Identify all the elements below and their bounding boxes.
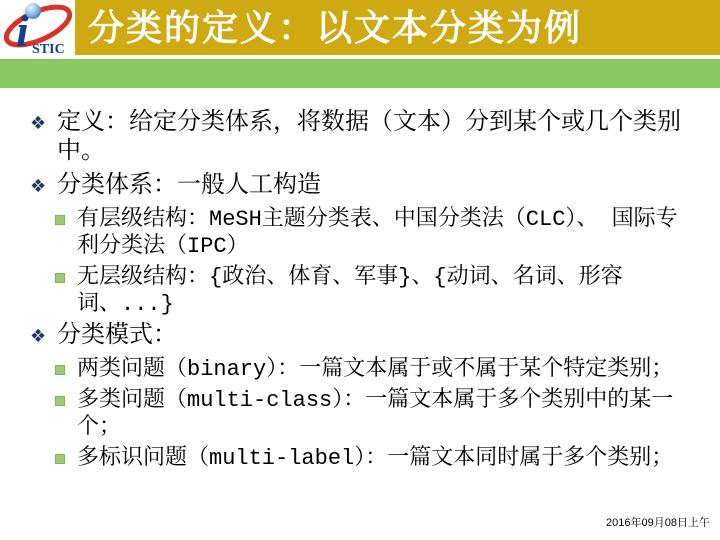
logo-stic-text: STIC (32, 42, 65, 55)
green-square-bullet-icon (55, 387, 77, 406)
bullet-item-level1: ❖ 定义：给定分类体系，将数据（文本）分到某个或几个类别中。 (0, 109, 720, 167)
green-divider-band (0, 59, 720, 88)
green-square-bullet-icon (55, 445, 77, 464)
diamond-bullet-icon: ❖ (30, 322, 57, 351)
bullet-text: 定义：给定分类体系，将数据（文本）分到某个或几个类别中。 (57, 109, 694, 167)
istic-logo-graphic: i STIC (0, 0, 75, 55)
bullet-item-level2: 多类问题（multi-class）：一篇文本属于多个类别中的某一个； (0, 387, 720, 441)
title-band: 分类的定义：以文本分类为例 (75, 0, 720, 55)
diamond-bullet-icon: ❖ (30, 109, 57, 138)
bullet-item-level2: 两类问题（binary）：一篇文本属于或不属于某个特定类别； (0, 356, 720, 383)
istic-logo-icon: i STIC (0, 0, 75, 55)
bullet-item-level2: 多标识问题（multi-label）：一篇文本同时属于多个类别； (0, 445, 720, 472)
bullet-item-level1: ❖ 分类体系：一般人工构造 (0, 172, 720, 201)
slide-date: 2016年09月08日上午 (606, 514, 710, 530)
bullet-text: 多标识问题（multi-label）：一篇文本同时属于多个类别； (77, 445, 694, 472)
bullet-text: 分类体系：一般人工构造 (57, 172, 694, 201)
bullet-text: 两类问题（binary）：一篇文本属于或不属于某个特定类别； (77, 356, 694, 383)
bullet-text: 多类问题（multi-class）：一篇文本属于多个类别中的某一个； (77, 387, 694, 441)
bullet-text: 分类模式： (57, 322, 694, 351)
bullet-text: 有层级结构：MeSH主题分类表、中国分类法（CLC）、 国际专利分类法（IPC） (77, 206, 694, 260)
diamond-bullet-icon: ❖ (30, 172, 57, 201)
green-square-bullet-icon (55, 264, 77, 283)
slide-header: i STIC 分类的定义：以文本分类为例 (0, 0, 720, 55)
presentation-slide: i STIC 分类的定义：以文本分类为例 ❖ 定义：给定分类体系，将数据（文本）… (0, 0, 720, 540)
slide-body: ❖ 定义：给定分类体系，将数据（文本）分到某个或几个类别中。 ❖ 分类体系：一般… (0, 89, 720, 476)
bullet-text: 无层级结构：{政治、体育、军事}、{动词、名词、形容词、...} (77, 264, 694, 318)
bullet-item-level2: 有层级结构：MeSH主题分类表、中国分类法（CLC）、 国际专利分类法（IPC） (0, 206, 720, 260)
bullet-item-level2: 无层级结构：{政治、体育、军事}、{动词、名词、形容词、...} (0, 264, 720, 318)
page-title: 分类的定义：以文本分类为例 (88, 10, 582, 46)
logo-sphere-dot (25, 3, 41, 19)
green-square-bullet-icon (55, 206, 77, 225)
green-square-bullet-icon (55, 356, 77, 375)
bullet-item-level1: ❖ 分类模式： (0, 322, 720, 351)
